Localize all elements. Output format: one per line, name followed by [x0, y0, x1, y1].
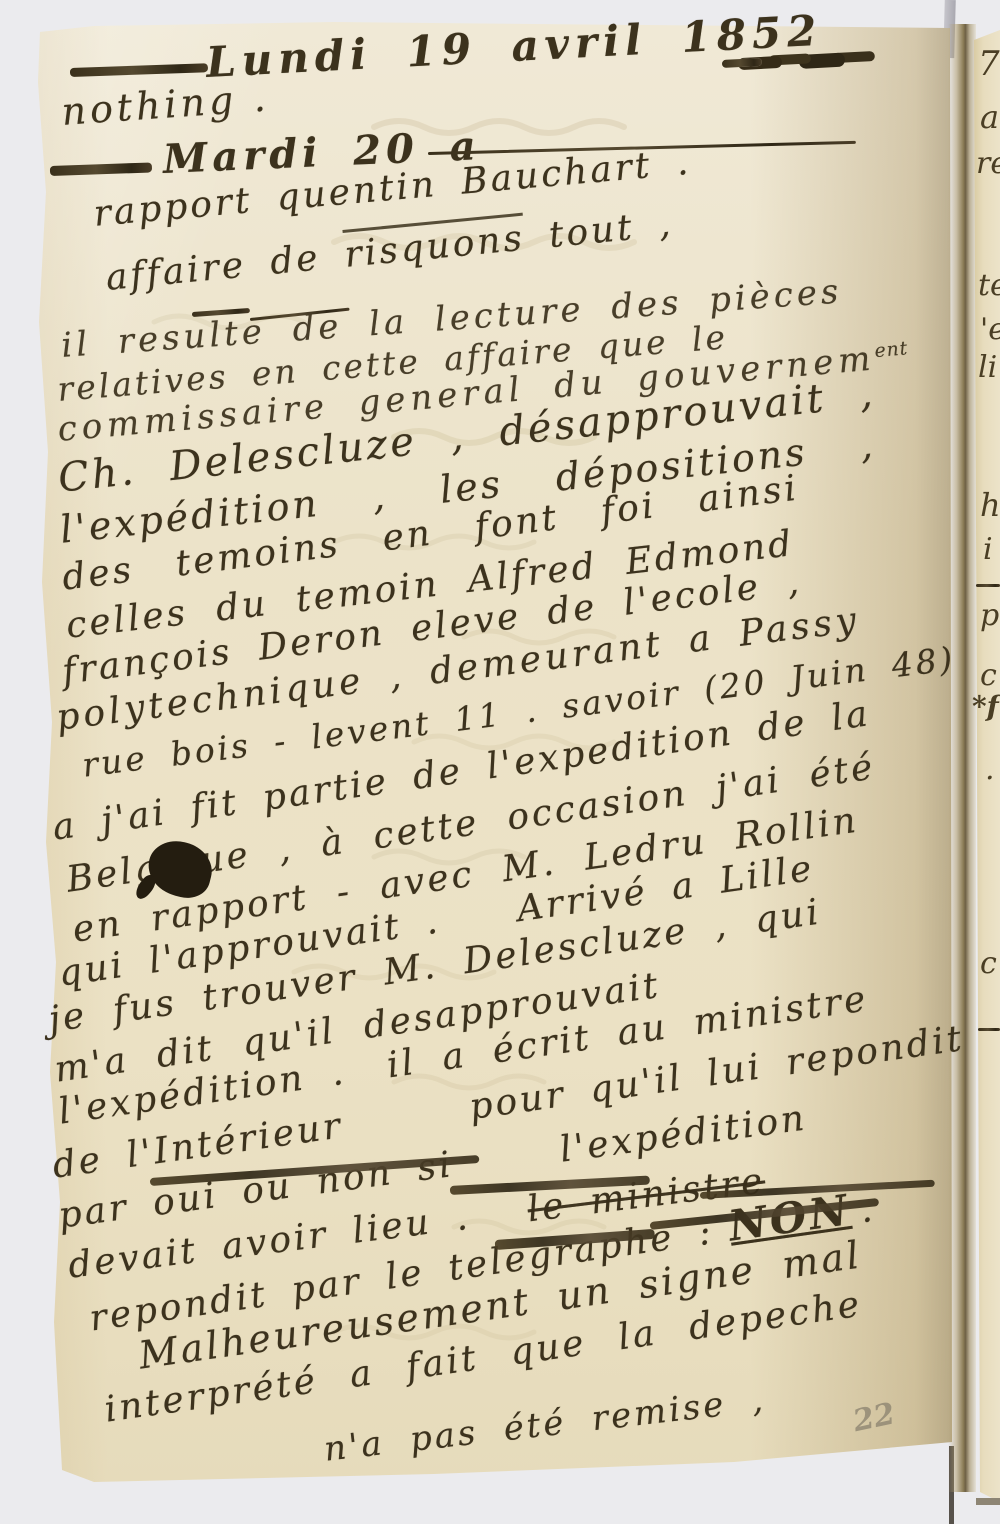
- facing-page-fragment: p: [980, 598, 999, 633]
- facing-page-fragment: c: [980, 946, 997, 981]
- page-bottom-shadow: [976, 1498, 1000, 1505]
- facing-page-fragment: h: [980, 486, 1000, 524]
- facing-page-rule-fragment: [978, 1028, 1000, 1031]
- line-commissaire-superscript: ent: [874, 338, 909, 362]
- binding-gutter: [948, 24, 976, 1492]
- facing-page-fragment: li: [978, 350, 997, 385]
- facing-page-fragment: i: [983, 532, 993, 567]
- facing-page-fragment: a: [980, 98, 999, 136]
- facing-page-fragment: 7: [978, 44, 1000, 84]
- facing-page-fragment: 'e: [980, 312, 1000, 347]
- facing-page-fragment: .: [985, 752, 995, 787]
- facing-page-fragment: *f: [972, 690, 999, 723]
- facing-page-rule-fragment: [976, 584, 1000, 587]
- facing-page-fragment: te: [978, 268, 1000, 303]
- facing-page-fragment: c: [980, 658, 997, 693]
- facing-page-fragment: re: [976, 146, 1000, 181]
